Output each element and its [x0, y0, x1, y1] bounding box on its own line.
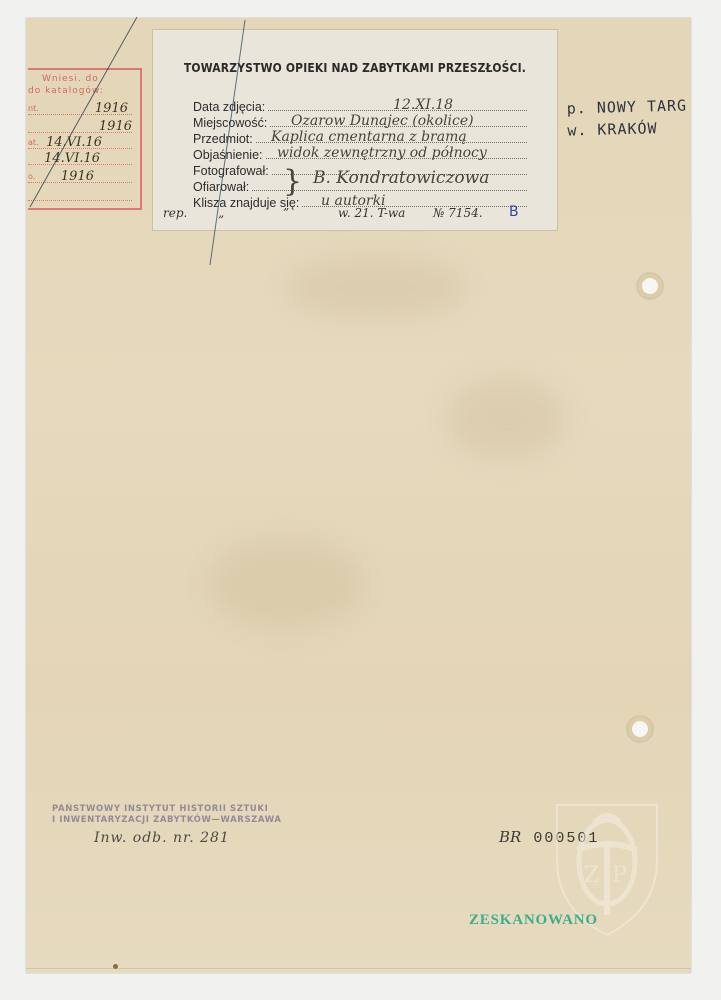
stamp-row: at. 14.VI.16	[28, 134, 132, 149]
svg-text:P: P	[612, 863, 627, 888]
inventory-note: Inw. odb. nr. 281	[94, 830, 230, 846]
location-note: p. NOWY TARG w. KRAKÓW	[566, 94, 687, 141]
stain	[286, 258, 466, 318]
brace-mark: }	[283, 164, 302, 199]
field-subject: Przedmiot: Kaplica cmentarna z bramą	[193, 130, 527, 146]
field-photographer: Fotografował: B. Kondratowiczowa	[193, 162, 527, 178]
stain-speck	[113, 964, 118, 969]
stamp-title: Wniesi. do	[42, 74, 99, 84]
stain	[206, 538, 366, 628]
scanned-stamp: ZESKANOWANO	[469, 912, 598, 929]
field-donor: Ofiarował:	[193, 178, 527, 194]
field-photo-date: Data zdjęcia: 12.XI.18	[193, 98, 527, 114]
catalog-stamp: Wniesi. do do katalogów: nt. 1916 1916 a…	[28, 68, 142, 210]
stain	[446, 378, 566, 458]
stamp-row: 1916	[28, 118, 132, 133]
field-locality: Miejscowość: Ozarow Dunajec (okolice)	[193, 114, 527, 130]
svg-text:Z: Z	[584, 863, 599, 888]
stamp-row: 14.VI.16	[28, 150, 132, 165]
stamp-row: o. 1916	[28, 168, 132, 183]
stamp-row: nt. 1916	[28, 100, 132, 115]
society-label: TOWARZYSTWO OPIEKI NAD ZABYTKAMI PRZESZŁ…	[153, 30, 557, 230]
reference-suffix: B	[509, 204, 519, 220]
punch-hole	[632, 721, 648, 737]
label-heading: TOWARZYSTWO OPIEKI NAD ZABYTKAMI PRZESZŁ…	[181, 60, 528, 75]
stamp-subtitle: do katalogów:	[28, 86, 104, 96]
institute-stamp: PAŃSTWOWY INSTYTUT HISTORII SZTUKI I INW…	[52, 804, 282, 826]
stamp-row	[28, 186, 132, 201]
field-description: Objaśnienie: widok zewnętrzny od północy	[193, 146, 527, 162]
reference-line: rep. „ ” w. 21. T-wa № 7154. B	[163, 206, 543, 224]
punch-hole	[642, 278, 658, 294]
